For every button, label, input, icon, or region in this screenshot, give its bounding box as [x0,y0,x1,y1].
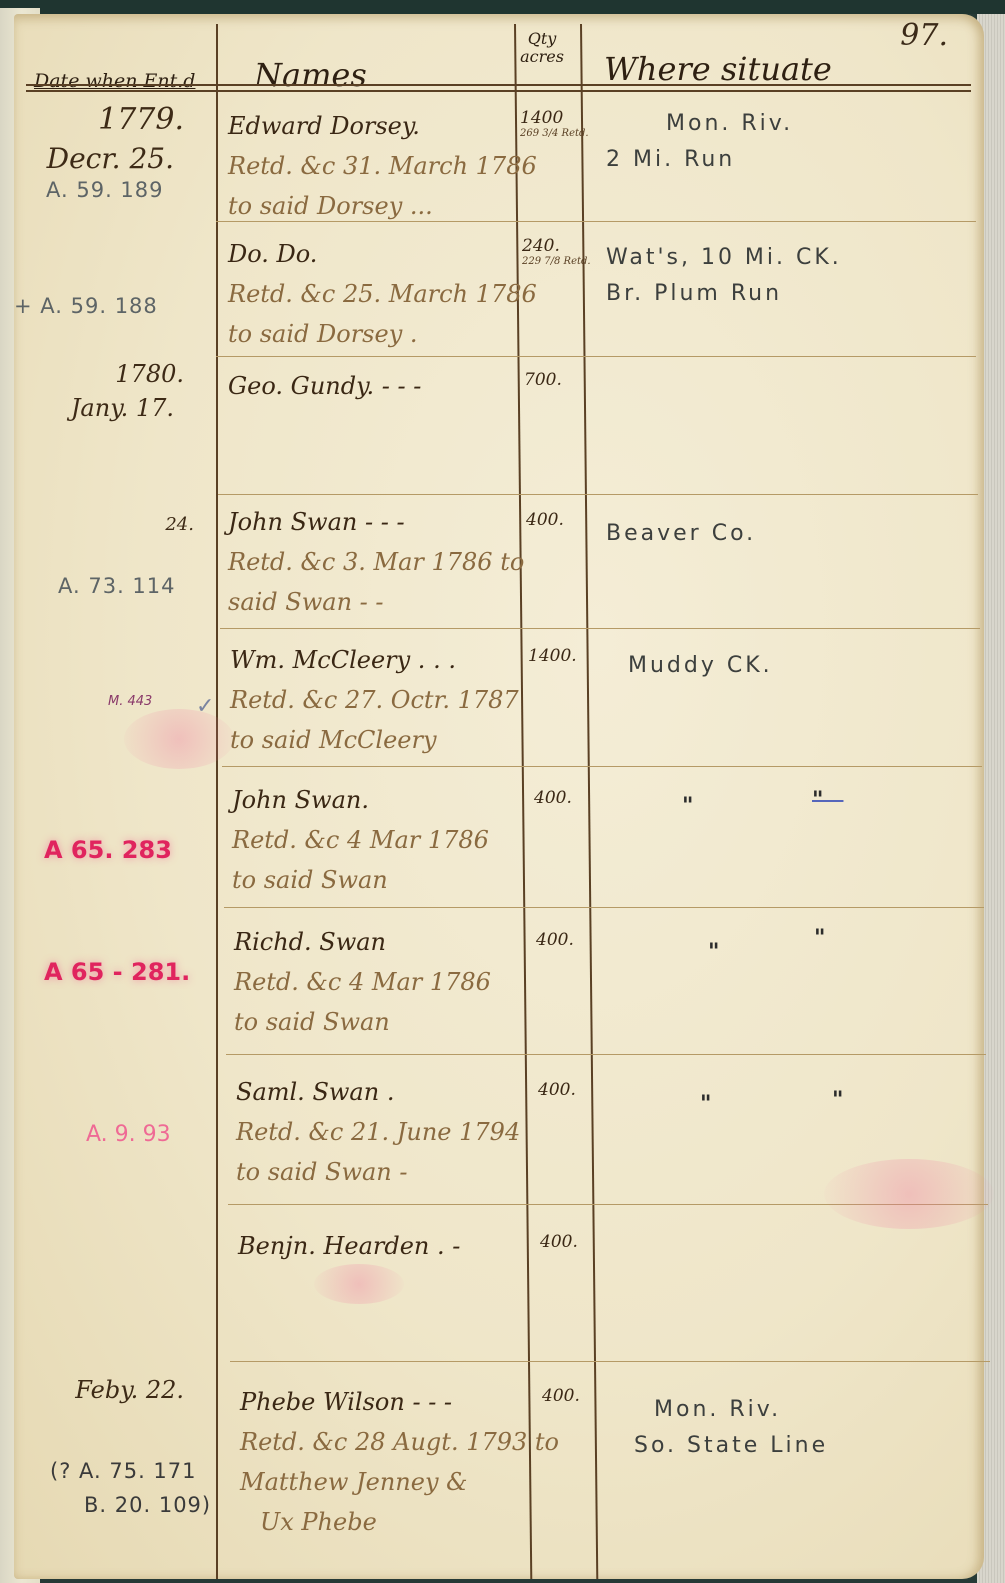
quantity-value: 1400. [528,646,577,666]
entry-year: 1780. [14,360,184,388]
quantity-value: 400. [542,1386,580,1406]
name-line: Benjn. Hearden . - [238,1226,460,1266]
name-line: Retd. &c 25. March 1786 [228,274,537,314]
name-line: Saml. Swan . [236,1072,520,1112]
ditto-mark: " [814,926,825,951]
entry-date: Decr. 25. [4,142,174,175]
name-line: Richd. Swan [234,922,491,962]
name-line: Retd. &c 31. March 1786 [228,146,537,186]
reference-line: (? A. 75. 171 [50,1454,211,1488]
name-line: Retd. &c 4 Mar 1786 [232,820,489,860]
entry-names: Richd. Swan Retd. &c 4 Mar 1786 to said … [234,922,491,1042]
where-line: 2 Mi. Run [606,142,793,178]
quantity-value: 240. [522,236,560,256]
quantity-note: 269 3/4 Retd. [520,128,589,139]
header-quantity: Qty acres [512,30,572,66]
entry-where: Beaver Co. [606,516,756,552]
entry-names: Benjn. Hearden . - [238,1226,460,1266]
where-line: Beaver Co. [606,516,756,552]
entry-reference: A. 73. 114 [58,574,176,598]
name-line: said Swan - - [228,582,524,622]
name-line: John Swan. [232,780,489,820]
header-rule-bottom [26,90,971,92]
name-line: to said Swan - [236,1152,520,1192]
entry-reference-red: A 65 - 281. [44,958,190,986]
entry-names: John Swan - - - Retd. &c 3. Mar 1786 to … [228,502,524,622]
entry-quantity: 400. [526,510,564,530]
header-quantity-line1: Qty [512,30,572,48]
entry-reference: (? A. 75. 171 B. 20. 109) [50,1454,211,1522]
entry-quantity: 400. [542,1386,580,1406]
quantity-value: 1400 [520,108,563,128]
where-line: Br. Plum Run [606,276,842,312]
quantity-note: 229 7/8 Retd. [522,256,591,267]
name-line: Retd. &c 27. Octr. 1787 [230,680,519,720]
page-number: 97. [900,18,948,53]
entry-date: Feby. 22. [14,1376,184,1404]
entry-names: Geo. Gundy. - - - [228,366,421,406]
entry-where: Muddy CK. [628,648,773,684]
quantity-value: 400. [538,1080,576,1100]
quantity-value: 400. [540,1232,578,1252]
where-line: So. State Line [634,1428,828,1464]
name-line: Geo. Gundy. - - - [228,366,421,406]
ditto-mark: " [682,794,693,819]
header-date-entered: Date when Ent.d [34,70,195,92]
name-line: Wm. McCleery . . . [230,640,519,680]
entry-reference-red: A 65. 283 [44,836,172,864]
name-line: to said McCleery [230,720,519,760]
name-line: to said Dorsey ... [228,186,537,226]
row-rule [216,356,976,357]
quantity-value: 700. [524,370,562,390]
entry-quantity: 400. [536,930,574,950]
name-line: Phebe Wilson - - - [240,1382,559,1422]
entry-date: Jany. 17. [4,394,174,422]
entry-reference: A. 59. 189 [46,178,164,202]
row-rule [224,907,984,908]
entry-quantity: 1400. [528,646,577,666]
row-rule [222,766,982,767]
ditto-mark-struck: " [812,788,843,813]
where-line: Mon. Riv. [606,106,793,142]
reference-line: B. 20. 109) [50,1488,211,1522]
verified-check-icon: ✓ [196,694,214,719]
entry-names: Phebe Wilson - - - Retd. &c 28 Augt. 179… [240,1382,559,1542]
ledger-page: 97. Date when Ent.d Names Qty acres Wher… [14,14,984,1579]
header-rule-top [26,84,971,86]
column-rule-date [216,24,218,1579]
row-rule [220,628,980,629]
ditto-mark: " [832,1088,843,1113]
ditto-mark: " [700,1092,711,1117]
entry-date: 24. [24,514,194,535]
where-line: Wat's, 10 Mi. CK. [606,240,842,276]
entry-quantity: 240. 229 7/8 Retd. [522,236,591,267]
name-line: Retd. &c 21. June 1794 [236,1112,520,1152]
name-line: Ux Phebe [240,1502,559,1542]
entry-quantity: 400. [540,1232,578,1252]
entry-where: Mon. Riv. 2 Mi. Run [606,106,793,178]
header-names: Names [254,56,367,94]
entry-quantity: 700. [524,370,562,390]
name-line: to said Swan [234,1002,491,1042]
entry-reference: M. 443 [108,694,152,709]
entry-quantity: 400. [538,1080,576,1100]
entry-names: Edward Dorsey. Retd. &c 31. March 1786 t… [228,106,537,226]
entry-names: John Swan. Retd. &c 4 Mar 1786 to said S… [232,780,489,900]
pink-ink-stain [314,1264,404,1304]
where-line: Mon. Riv. [634,1392,828,1428]
entry-reference-red: A. 9. 93 [86,1122,171,1147]
name-line: to said Dorsey . [228,314,537,354]
quantity-value: 400. [526,510,564,530]
header-quantity-line2: acres [512,48,572,66]
entry-quantity: 400. [534,788,572,808]
entry-names: Do. Do. Retd. &c 25. March 1786 to said … [228,234,537,354]
row-rule [226,1054,986,1055]
entry-year: 1779. [14,102,184,137]
entry-where: Mon. Riv. So. State Line [634,1392,828,1464]
header-where-situate: Where situate [604,50,832,88]
entry-names: Saml. Swan . Retd. &c 21. June 1794 to s… [236,1072,520,1192]
name-line: Edward Dorsey. [228,106,537,146]
name-line: to said Swan [232,860,489,900]
quantity-value: 400. [534,788,572,808]
book-cover-edge [0,0,1005,14]
quantity-value: 400. [536,930,574,950]
entry-where: Wat's, 10 Mi. CK. Br. Plum Run [606,240,842,312]
where-line: Muddy CK. [628,648,773,684]
row-rule [230,1361,990,1362]
entry-names: Wm. McCleery . . . Retd. &c 27. Octr. 17… [230,640,519,760]
entry-reference: + A. 59. 188 [14,294,158,318]
name-line: Retd. &c 3. Mar 1786 to [228,542,524,582]
name-line: Retd. &c 4 Mar 1786 [234,962,491,1002]
name-line: John Swan - - - [228,502,524,542]
name-line: Retd. &c 28 Augt. 1793 to [240,1422,559,1462]
pink-ink-stain [124,709,234,769]
entry-quantity: 1400 269 3/4 Retd. [520,108,589,139]
row-rule [218,494,978,495]
name-line: Do. Do. [228,234,537,274]
name-line: Matthew Jenney & [240,1462,559,1502]
pink-ink-stain [824,1159,994,1229]
ditto-mark: " [708,940,719,965]
